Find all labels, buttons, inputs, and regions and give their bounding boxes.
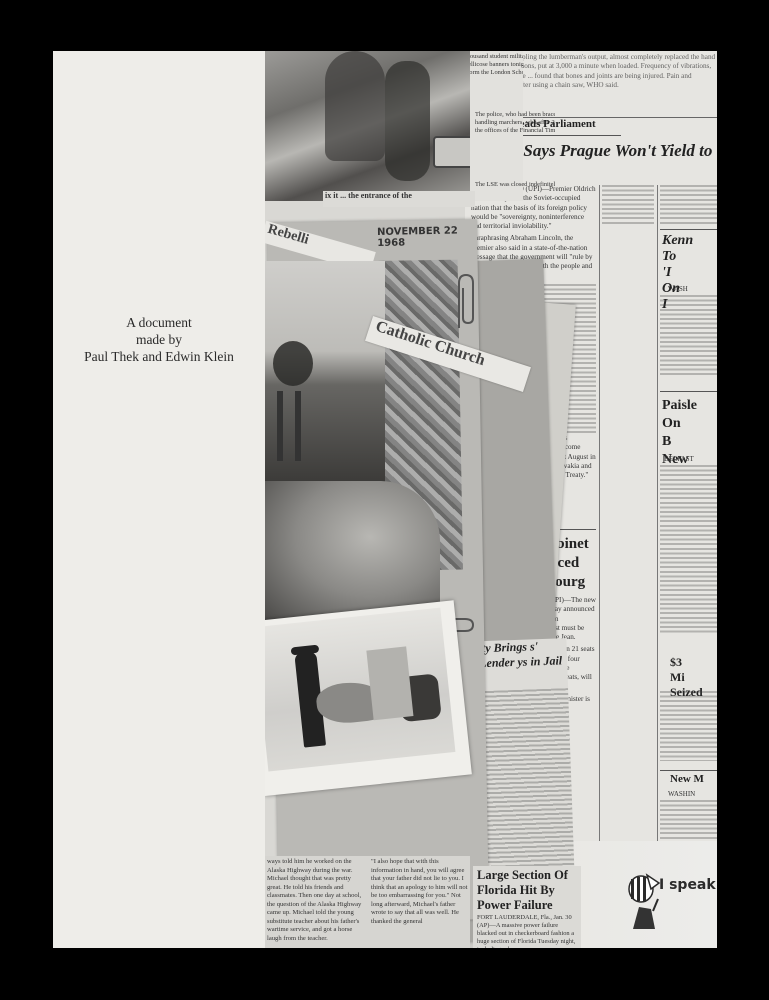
date-stamp: NOVEMBER 22 1968 <box>377 225 477 249</box>
headline-new-m: New M <box>670 775 704 784</box>
photo-workers <box>265 51 470 201</box>
credit-line-2: made by <box>53 331 265 348</box>
far-right-column: Kenn To 'I On I WASH Paisle On B New BEL… <box>660 185 717 930</box>
photo-rock <box>265 481 440 621</box>
headline-city-brings: ity Brings s' Lender ys in Jail <box>478 638 569 671</box>
credit-block: A document made by Paul Thek and Edwin K… <box>53 314 265 365</box>
book-cover: A document made by Paul Thek and Edwin K… <box>53 51 717 948</box>
white-title-panel: A document made by Paul Thek and Edwin K… <box>53 51 265 948</box>
paperclip-icon <box>451 273 481 333</box>
article-alaska: ways told him he worked on the Alaska Hi… <box>265 856 470 948</box>
photo-giraffe-landscape <box>265 261 385 486</box>
credit-line-1: A document <box>53 314 265 331</box>
photo-collage: The chain saw, tripling the lumberman's … <box>265 51 717 948</box>
article-florida: Large Section Of Florida Hit By Power Fa… <box>473 866 581 948</box>
article-lse-middle: The police, who had been braced for a Pa… <box>475 111 555 261</box>
ad-logo: I speak Bo <box>625 869 717 948</box>
article-cernik-col2 <box>602 185 654 225</box>
credit-line-3: Paul Thek and Edwin Klein <box>53 348 265 365</box>
headline-florida: Large Section Of Florida Hit By Power Fa… <box>477 868 581 913</box>
photo-studio-figures <box>265 600 472 796</box>
column-rule <box>657 185 658 930</box>
photo-caption-top: ix it ... the entrance of the <box>323 191 475 207</box>
ad-logo-text: I speak Bo <box>659 881 717 890</box>
